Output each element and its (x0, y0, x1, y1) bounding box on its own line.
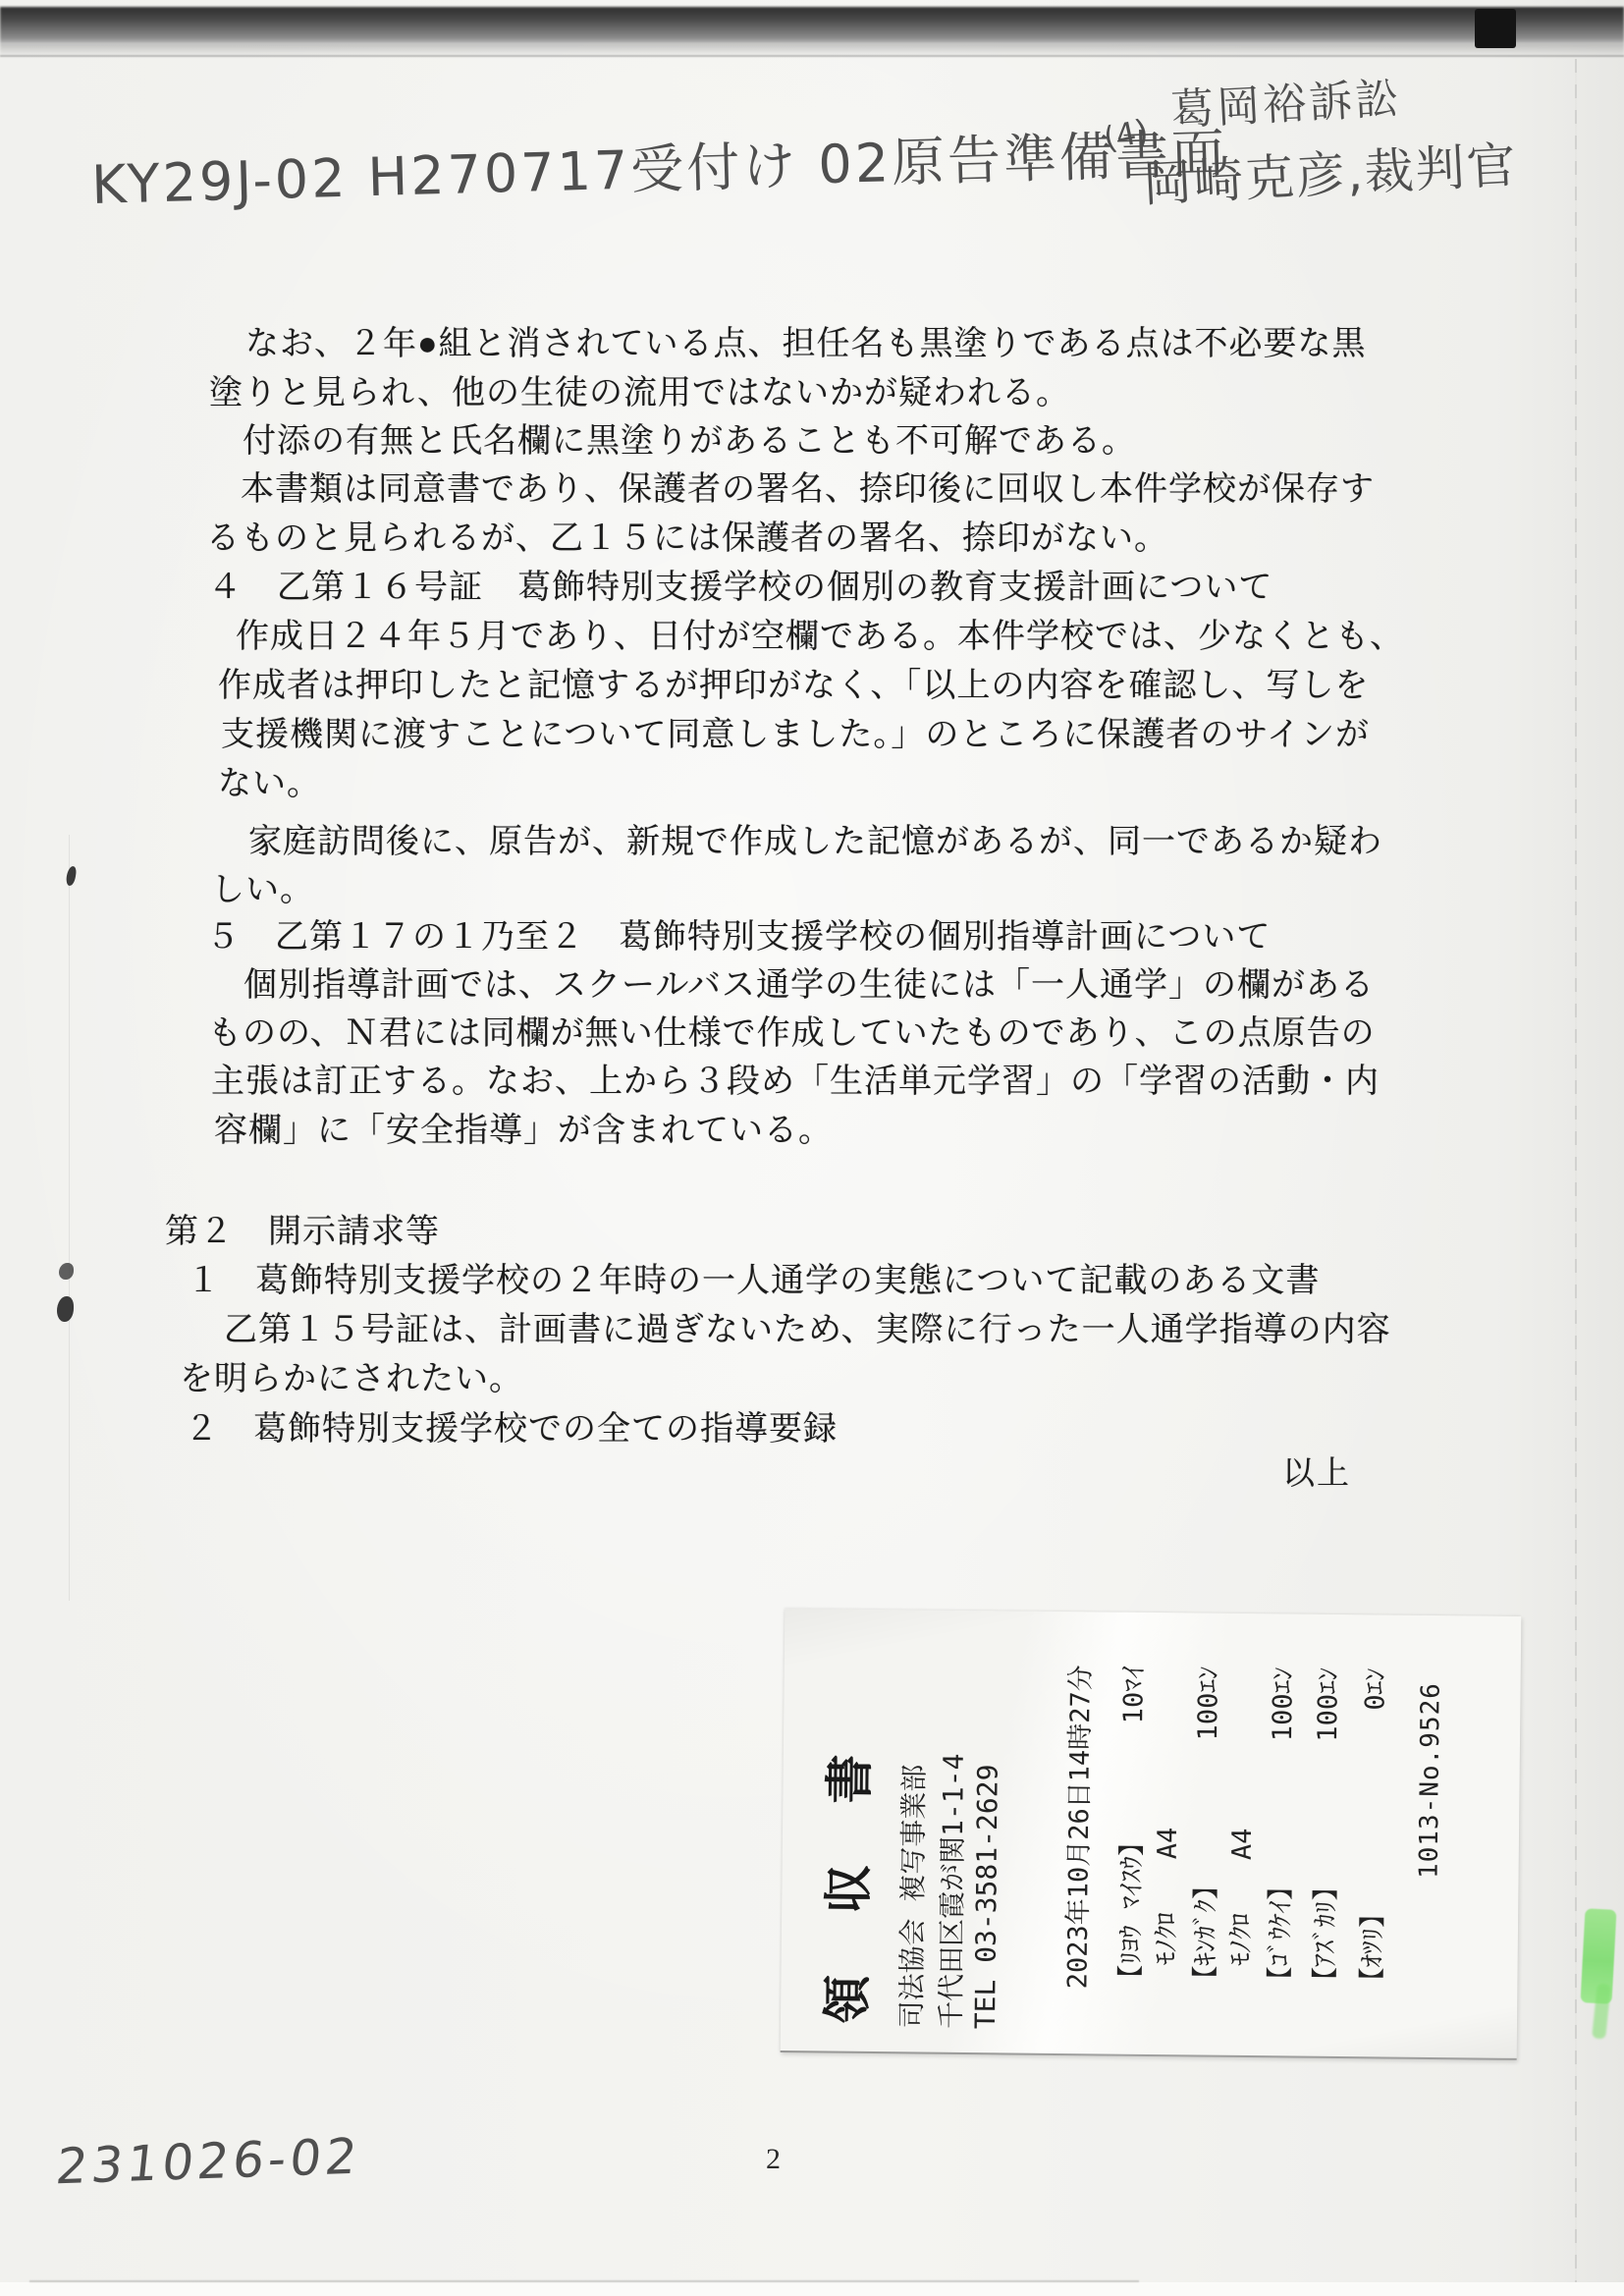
body-line: ２ 葛飾特別支援学校での全ての指導要録 (185, 1401, 838, 1449)
body-line: 家庭訪問後に、原告が、新規で作成した記憶があるが、同一であるか疑わ (248, 814, 1382, 862)
body-line: 主張は訂正する。なお、上から３段め「生活単元学習」の「学習の活動・内 (211, 1054, 1380, 1102)
receipt-row: 【ｵﾂﾘ】 0ｴﾝ (1350, 1614, 1393, 2056)
receipt-row-label: 【ｺﾞｳｹｲ】 (1258, 1874, 1297, 1994)
body-line: 作成日２４年５月であり、日付が空欄である。本件学校では、少なくとも、 (236, 609, 1404, 657)
receipt-row-label: 【ｱｽﾞｶﾘ】 (1303, 1874, 1342, 1994)
receipt-content: 領 収 書 司法協会 複写事業部 千代田区霞が関1-1-4 TEL 03-358… (781, 1609, 1522, 2058)
body-line: ４ 乙第１６号証 葛飾特別支援学校の個別の教育支援計画について (208, 560, 1272, 608)
receipt-row-value: 100ｴﾝ (1186, 1666, 1225, 1740)
receipt-row-label: ﾓﾉｸﾛ A4 (1144, 1827, 1184, 1992)
closing-label: 以上 (1282, 1448, 1351, 1494)
receipt-row: ﾓﾉｸﾛ A4 (1218, 1613, 1262, 2055)
body-line: 乙第１５号証は、計画書に過ぎないため、実際に行った一人通学指導の内容 (224, 1302, 1391, 1350)
body-line: を明らかにされたい。 (180, 1351, 523, 1399)
body-line: ものの、Ｎ君には同欄が無い仕様で作成していたものであり、この点原告の (208, 1006, 1376, 1054)
receipt-address: 千代田区霞が関1-1-4 (930, 1753, 972, 2029)
handwriting-document-number: 231026-02 (53, 2128, 363, 2196)
receipt-phone: TEL 03-3581-2629 (969, 1764, 1004, 2029)
body-line: ５ 乙第１７の１乃至２ 葛飾特別支援学校の個別指導計画について (206, 909, 1271, 957)
receipt-issuer: 司法協会 複写事業部 (891, 1764, 933, 2028)
ink-speck (57, 1296, 74, 1322)
receipt-row-label: ﾓﾉｸﾛ A4 (1218, 1828, 1259, 1993)
body-line: しい。 (211, 862, 314, 910)
body-line: 付添の有無と氏名欄に黒塗りがあることも不可解である。 (243, 413, 1136, 462)
receipt-row-value: 10ﾏｲ (1111, 1666, 1151, 1724)
receipt-row-label: 【ｵﾂﾘ】 (1350, 1901, 1389, 1995)
copy-service-receipt: 領 収 書 司法協会 複写事業部 千代田区霞が関1-1-4 TEL 03-358… (781, 1609, 1522, 2060)
vertical-fold-line (1575, 59, 1577, 2288)
page-number: 2 (766, 2143, 781, 2176)
body-line: るものと見られるが、乙１５には保護者の署名、捺印がない。 (206, 511, 1168, 559)
scan-top-band (0, 7, 1624, 43)
receipt-row: 【ｺﾞｳｹｲ】 100ｴﾝ (1258, 1613, 1301, 2055)
receipt-row-value: 100ｴﾝ (1306, 1667, 1345, 1742)
body-line: 個別指導計画では、スクールバス通学の生徒には「一人通学」の欄がある (244, 957, 1375, 1006)
receipt-row: ﾓﾉｸﾛ A4 (1144, 1613, 1187, 2054)
body-line: １ 葛飾特別支援学校の２年時の一人通学の実態について記載のある文書 (187, 1253, 1320, 1301)
scan-corner-blob (1475, 9, 1516, 48)
left-crease-line (69, 835, 70, 1601)
receipt-row-value: 100ｴﾝ (1261, 1667, 1300, 1741)
handwriting-filing-note: KY29J-02 H270717受付け 02原告準備書面 (90, 112, 1228, 219)
receipt-title: 領 収 書 (808, 1738, 882, 2024)
ink-speck (59, 1263, 74, 1280)
body-line: 本書類は同意書であり、保護者の署名、捺印後に回収し本件学校が保存す (241, 462, 1375, 510)
receipt-datetime: 2023年10月26日14時27分 (1056, 1665, 1098, 2053)
body-line: なお、２年●組と消されている点、担任名も黒塗りである点は不必要な黒 (245, 316, 1367, 364)
body-line: 容欄」に「安全指導」が含まれている。 (214, 1103, 833, 1151)
scanned-page: { "colors": { "paper": "#f2f2ef", "recei… (0, 0, 1624, 2296)
receipt-row-label: 【ﾘﾖｳ ﾏｲｽｳ】 (1109, 1830, 1149, 1992)
body-line: 支援機関に渡すことについて同意しました。」のところに保護者のサインが (221, 707, 1370, 755)
receipt-row-value: 0ｴﾝ (1353, 1667, 1391, 1711)
receipt-row-label: 【ｷﾝｶﾞｸ】 (1183, 1873, 1222, 1993)
ink-speck (66, 865, 78, 886)
receipt-serial-number: 1013-No.9526 (1415, 1682, 1446, 1879)
page-bottom-edge (0, 2282, 1624, 2296)
section-heading: 第２ 開示請求等 (165, 1204, 440, 1252)
receipt-row: 【ｱｽﾞｶﾘ】 100ｴﾝ (1303, 1614, 1346, 2056)
scan-top-band-line (0, 55, 1624, 57)
body-line: 塗りと見られ、他の生徒の流用ではないかが疑われる。 (209, 365, 1070, 413)
body-line: ない。 (218, 756, 321, 804)
body-line: 作成者は押印したと記憶するが押印がなく、「以上の内容を確認し、写しを (218, 658, 1369, 706)
page-bottom-line (29, 2280, 1139, 2282)
